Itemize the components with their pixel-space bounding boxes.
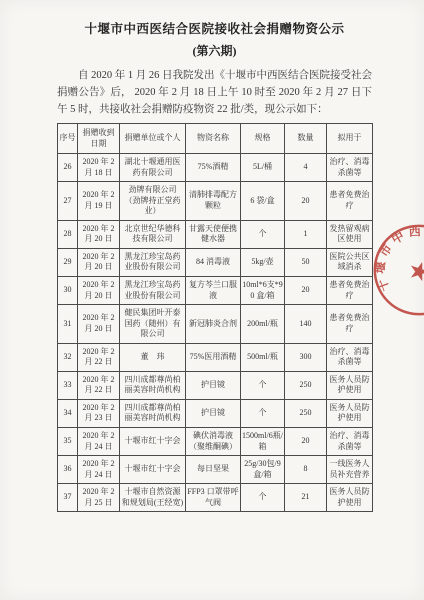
- cell-date: 2020 年 2 月 22 日: [78, 371, 120, 399]
- cell-item: 清肺排毒配方颗粒: [186, 182, 241, 221]
- cell-qty: 300: [285, 343, 327, 371]
- cell-donor: 十堰市红十字会: [120, 428, 186, 456]
- cell-qty: 20: [285, 428, 327, 456]
- cell-qty: 250: [285, 399, 327, 427]
- cell-qty: 20: [285, 182, 327, 221]
- cell-item: 75%酒精: [186, 154, 241, 182]
- seal-ring: [375, 226, 424, 314]
- cell-spec: 6 袋/盒: [241, 182, 285, 221]
- cell-no: 26: [58, 154, 78, 182]
- cell-no: 27: [58, 182, 78, 221]
- col-header-date: 捐赠收到日期: [78, 124, 120, 154]
- cell-date: 2020 年 2 月 18 日: [78, 154, 120, 182]
- cell-item: 75%医用酒精: [186, 343, 241, 371]
- cell-spec: 200ml/瓶: [241, 305, 285, 344]
- seal-arc-text: 十堰市中西医结合医院: [371, 222, 424, 294]
- cell-date: 2020 年 2 月 19 日: [78, 182, 120, 221]
- cell-item: 甘露天使便携健水器: [186, 220, 241, 248]
- col-header-donor: 捐赠单位或个人: [120, 124, 186, 154]
- cell-purpose: 治疗、消毒杀菌等: [327, 343, 373, 371]
- cell-date: 2020 年 2 月 20 日: [78, 248, 120, 276]
- col-header-spec: 规格: [241, 124, 285, 154]
- cell-item: 碘伏消毒液（聚维酮碘）: [186, 428, 241, 456]
- col-header-purpose: 拟用于: [327, 124, 373, 154]
- table-row: 362020 年 2 月 24 日十堰市红十字会每日坚果25g/30包/9 盒/…: [58, 456, 373, 484]
- table-row: 292020 年 2 月 20 日黑龙江珍宝岛药业股份有限公司84 消毒液5kg…: [58, 248, 373, 276]
- intro-paragraph: 自 2020 年 1 月 26 日我院发出《十堰市中西医结合医院接受社会捐赠公告…: [57, 67, 372, 118]
- cell-item: 每日坚果: [186, 456, 241, 484]
- table-row: 282020 年 2 月 20 日北京世纪华德科技有限公司甘露天使便携健水器个1…: [58, 220, 373, 248]
- table-row: 342020 年 2 月 23 日四川成都尊尚柏丽美容时尚机构护目镜个250医务…: [58, 399, 373, 427]
- cell-qty: 1: [285, 220, 327, 248]
- cell-no: 29: [58, 248, 78, 276]
- cell-purpose: 医务人员防护使用: [327, 371, 373, 399]
- cell-donor: 黑龙江珍宝岛药业股份有限公司: [120, 248, 186, 276]
- cell-spec: 5L/桶: [241, 154, 285, 182]
- cell-purpose: 患者免费治疗: [327, 305, 373, 344]
- cell-purpose: 治疗、消毒杀菌等: [327, 428, 373, 456]
- seal-star-icon: ★: [404, 256, 424, 289]
- cell-qty: 20: [285, 277, 327, 305]
- cell-qty: 8: [285, 456, 327, 484]
- table-row: 322020 年 2 月 22 日董 玮75%医用酒精500ml/瓶300治疗、…: [58, 343, 373, 371]
- cell-date: 2020 年 2 月 20 日: [78, 277, 120, 305]
- cell-purpose: 医务人员防护使用: [327, 484, 373, 512]
- cell-date: 2020 年 2 月 25 日: [78, 484, 120, 512]
- col-header-item: 物资名称: [186, 124, 241, 154]
- donations-table: 序号 捐赠收到日期 捐赠单位或个人 物资名称 规格 数量 拟用于 262020 …: [57, 123, 373, 512]
- cell-purpose: 患者免费治疗: [327, 277, 373, 305]
- cell-purpose: 治疗、消毒杀菌等: [327, 154, 373, 182]
- cell-qty: 50: [285, 248, 327, 276]
- cell-no: 31: [58, 305, 78, 344]
- cell-item: FFP3 口罩带呼气阀: [186, 484, 241, 512]
- cell-item: 84 消毒液: [186, 248, 241, 276]
- cell-no: 32: [58, 343, 78, 371]
- cell-purpose: 发热留观病区使用: [327, 220, 373, 248]
- seal-graphic: 十堰市中西医结合医院 ★: [371, 222, 424, 318]
- col-header-no: 序号: [58, 124, 78, 154]
- table-row: 272020 年 2 月 19 日劲牌有限公司（劲牌持正堂药业）清肺排毒配方颗粒…: [58, 182, 373, 221]
- cell-spec: 个: [241, 484, 285, 512]
- cell-donor: 四川成都尊尚柏丽美容时尚机构: [120, 399, 186, 427]
- page-subtitle: (第六期): [57, 43, 372, 59]
- table-row: 302020 年 2 月 20 日黑龙江珍宝岛药业股份有限公司复方芩兰口服液10…: [58, 277, 373, 305]
- document-body: 十堰市中西医结合医院接收社会捐赠物资公示 (第六期) 自 2020 年 1 月 …: [57, 20, 372, 512]
- table-row: 352020 年 2 月 24 日十堰市红十字会碘伏消毒液（聚维酮碘）1500m…: [58, 428, 373, 456]
- cell-no: 28: [58, 220, 78, 248]
- col-header-qty: 数量: [285, 124, 327, 154]
- donations-tbody: 262020 年 2 月 18 日湖北十堰通用医药有限公司75%酒精5L/桶4治…: [58, 154, 373, 512]
- cell-item: 护目镜: [186, 371, 241, 399]
- cell-spec: 个: [241, 399, 285, 427]
- cell-no: 34: [58, 399, 78, 427]
- cell-purpose: 患者免费治疗: [327, 182, 373, 221]
- table-row: 262020 年 2 月 18 日湖北十堰通用医药有限公司75%酒精5L/桶4治…: [58, 154, 373, 182]
- cell-purpose: 医务人员防护使用: [327, 399, 373, 427]
- cell-donor: 十堰市自然资源和规划局(王经宽): [120, 484, 186, 512]
- cell-date: 2020 年 2 月 23 日: [78, 399, 120, 427]
- table-header-row: 序号 捐赠收到日期 捐赠单位或个人 物资名称 规格 数量 拟用于: [58, 124, 373, 154]
- cell-qty: 21: [285, 484, 327, 512]
- cell-qty: 140: [285, 305, 327, 344]
- cell-spec: 10ml*6支*90 盒/箱: [241, 277, 285, 305]
- cell-no: 30: [58, 277, 78, 305]
- table-row: 372020 年 2 月 25 日十堰市自然资源和规划局(王经宽)FFP3 口罩…: [58, 484, 373, 512]
- cell-qty: 4: [285, 154, 327, 182]
- cell-purpose: 医院公共区域消杀: [327, 248, 373, 276]
- cell-qty: 250: [285, 371, 327, 399]
- cell-spec: 个: [241, 371, 285, 399]
- cell-no: 35: [58, 428, 78, 456]
- table-row: 312020 年 2 月 20 日健民集团叶开泰国药（随州）有限公司新冠肺炎合剂…: [58, 305, 373, 344]
- cell-item: 护目镜: [186, 399, 241, 427]
- cell-date: 2020 年 2 月 24 日: [78, 456, 120, 484]
- cell-donor: 十堰市红十字会: [120, 456, 186, 484]
- cell-donor: 湖北十堰通用医药有限公司: [120, 154, 186, 182]
- cell-no: 36: [58, 456, 78, 484]
- cell-donor: 黑龙江珍宝岛药业股份有限公司: [120, 277, 186, 305]
- cell-donor: 劲牌有限公司（劲牌持正堂药业）: [120, 182, 186, 221]
- cell-spec: 500ml/瓶: [241, 343, 285, 371]
- cell-donor: 健民集团叶开泰国药（随州）有限公司: [120, 305, 186, 344]
- cell-date: 2020 年 2 月 20 日: [78, 305, 120, 344]
- official-seal: 十堰市中西医结合医院 ★: [371, 222, 424, 318]
- cell-date: 2020 年 2 月 22 日: [78, 343, 120, 371]
- cell-donor: 董 玮: [120, 343, 186, 371]
- cell-date: 2020 年 2 月 20 日: [78, 220, 120, 248]
- cell-spec: 25g/30包/9 盒/箱: [241, 456, 285, 484]
- cell-donor: 北京世纪华德科技有限公司: [120, 220, 186, 248]
- cell-donor: 四川成都尊尚柏丽美容时尚机构: [120, 371, 186, 399]
- page-title: 十堰市中西医结合医院接收社会捐赠物资公示: [57, 20, 372, 38]
- cell-no: 33: [58, 371, 78, 399]
- cell-spec: 5kg/壶: [241, 248, 285, 276]
- cell-item: 新冠肺炎合剂: [186, 305, 241, 344]
- cell-spec: 1500ml/6瓶/箱: [241, 428, 285, 456]
- cell-item: 复方芩兰口服液: [186, 277, 241, 305]
- cell-purpose: 一线医务人员补充营养: [327, 456, 373, 484]
- cell-no: 37: [58, 484, 78, 512]
- cell-date: 2020 年 2 月 24 日: [78, 428, 120, 456]
- document-page: 十堰市中西医结合医院接收社会捐赠物资公示 (第六期) 自 2020 年 1 月 …: [0, 0, 424, 600]
- cell-spec: 个: [241, 220, 285, 248]
- table-row: 332020 年 2 月 22 日四川成都尊尚柏丽美容时尚机构护目镜个250医务…: [58, 371, 373, 399]
